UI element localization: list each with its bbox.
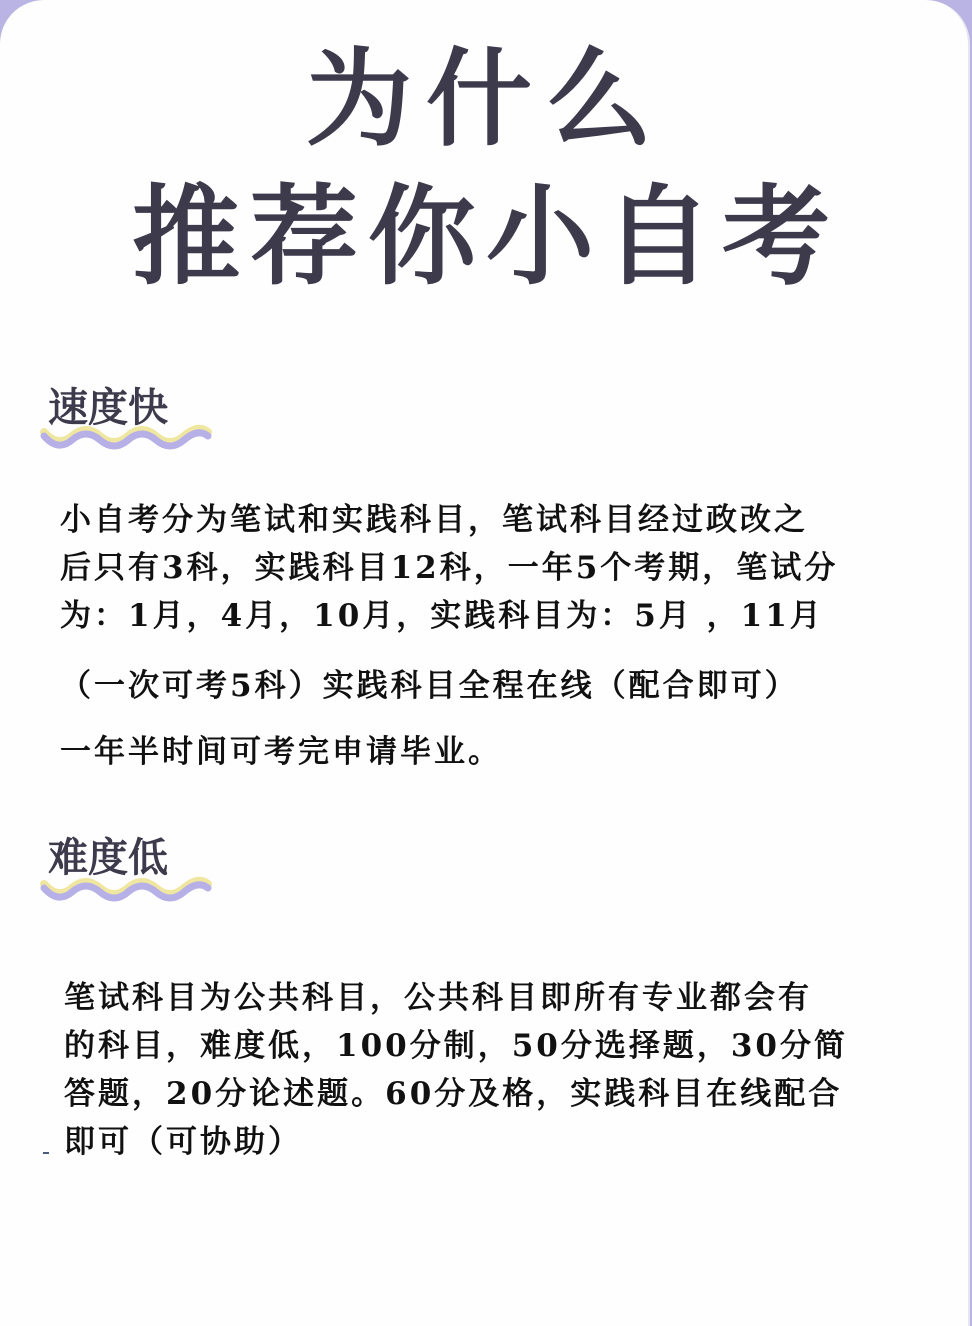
poster-card: 为什么 推荐你小自考 速度快 小自考分为笔试和实践科目，笔试科目经过政改之 后只…: [0, 0, 970, 1326]
text-line: 小自考分为笔试和实践科目，笔试科目经过政改之: [60, 496, 910, 544]
title-line-2: 推荐你小自考: [0, 175, 972, 300]
text-line: 笔试科目为公共科目，公共科目即所有专业都会有: [64, 974, 914, 1022]
text-line: （一次可考5科）实践科目全程在线（配合即可）: [60, 662, 910, 710]
text-line: 为：1月，4月，10月，实践科目为：5月 ，11月: [60, 592, 910, 640]
text-line: 的科目，难度低，100分制，50分选择题，30分简: [64, 1022, 914, 1070]
wave-underline-icon: [40, 424, 212, 450]
section-body-speed: 小自考分为笔试和实践科目，笔试科目经过政改之 后只有3科，实践科目12科，一年5…: [60, 496, 910, 776]
wave-underline-icon: [40, 876, 212, 902]
text-line: 后只有3科，实践科目12科，一年5个考期，笔试分: [60, 544, 910, 592]
text-line: 答题，20分论述题。60分及格，实践科目在线配合: [64, 1070, 914, 1118]
artifact-dot: [43, 1152, 49, 1154]
section-body-difficulty: 笔试科目为公共科目，公共科目即所有专业都会有 的科目，难度低，100分制，50分…: [64, 974, 914, 1166]
title-line-1: 为什么: [0, 40, 972, 160]
text-line: 一年半时间可考完申请毕业。: [60, 728, 910, 776]
section-heading-difficulty: 难度低: [48, 834, 168, 882]
text-line: 即可（可协助）: [64, 1118, 914, 1166]
